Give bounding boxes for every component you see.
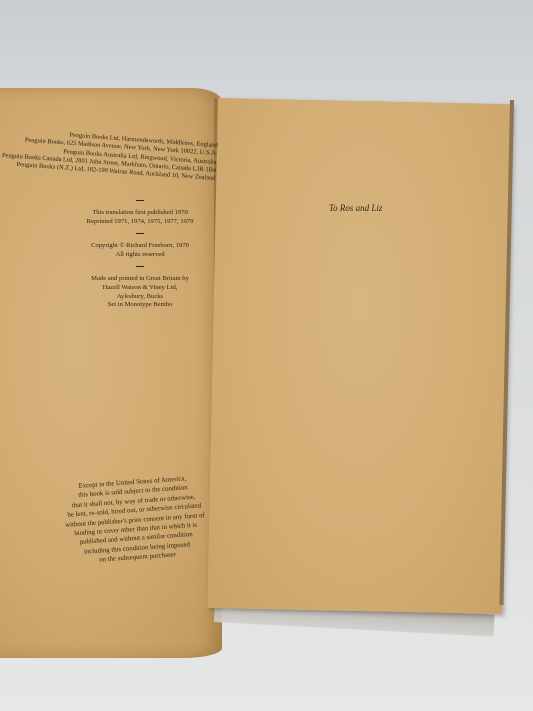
- copyright-line: All rights reserved: [40, 251, 240, 260]
- printer-line: Made and printed in Great Britain by: [40, 275, 240, 284]
- dedication: To Ros and Liz: [329, 203, 382, 213]
- publication-line: Reprinted 1971, 1974, 1975, 1977, 1979: [40, 218, 240, 227]
- printer-line: Hazell Watson & Viney Ltd,: [40, 284, 240, 293]
- printer-line: Aylesbury, Bucks: [40, 293, 240, 302]
- publication-history: This translation first published 1970 Re…: [40, 193, 240, 310]
- printer-line: Set in Monotype Bembo: [40, 301, 240, 310]
- divider: [136, 200, 144, 201]
- publication-line: This translation first published 1970: [40, 209, 240, 218]
- sale-condition-notice: Except in the United States of America, …: [37, 471, 232, 569]
- right-page: [207, 98, 513, 614]
- copyright-line: Copyright © Richard Freeborn, 1970: [40, 242, 240, 251]
- divider: [136, 266, 144, 267]
- divider: [136, 233, 144, 234]
